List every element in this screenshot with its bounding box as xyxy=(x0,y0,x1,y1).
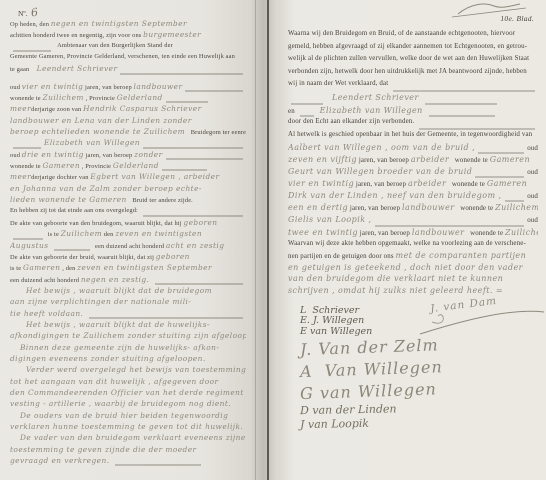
handwritten-text: Elizabeth van Willegen xyxy=(44,138,140,147)
printed-text: Ambtenaar van den Burgerlijken Stand der xyxy=(54,42,173,49)
left-page: Nº. 6 Op heden, den negen en twintigsten… xyxy=(0,0,252,480)
printed-text: Gemeente Gameren, Provincie Gelderland, … xyxy=(10,53,235,60)
document-line: Aalbert van Willegen , oom van de bruid … xyxy=(288,143,538,155)
handwritten-text: met de comparanten partijen xyxy=(396,251,527,260)
handwritten-text: Zuilichem xyxy=(505,228,538,237)
document-line: Waarvan wij deze akte hebben opgemaakt, … xyxy=(288,240,538,252)
handwritten-text: meer xyxy=(10,104,31,113)
handwritten-text: schrijven , omdat hij zulks niet geleerd… xyxy=(288,286,503,295)
handwritten-text: Zuilichem xyxy=(495,203,538,212)
handwritten-text: Augustus xyxy=(10,241,51,250)
marriage-act-scan: Nº. 6 Op heden, den negen en twintigsten… xyxy=(0,0,546,480)
handwritten-text: lieden wonende te Gameren xyxy=(10,195,132,204)
witnesses-paragraph: Al hetwelk is geschied openbaar in het h… xyxy=(288,131,538,240)
gutter-line-dark xyxy=(267,0,269,480)
document-line: Verder werd overgelegd het bewijs van to… xyxy=(10,365,246,376)
handwritten-text: Zuilichem xyxy=(43,93,84,102)
printed-text: is te xyxy=(10,265,23,272)
document-line: digingen eveneens zonder stuiting afgelo… xyxy=(10,354,246,365)
blank-rule xyxy=(13,147,41,148)
handwritten-text: beroep echtelieden wonende te Zuilichem xyxy=(10,127,191,136)
handwritten-text: afkondigingen te Zuilichem zonder stuiti… xyxy=(10,331,246,340)
handwritten-text: vesting - artillerie , waarbij de bruide… xyxy=(10,399,231,408)
signature-flourish-icon xyxy=(418,300,546,340)
printed-text: , Provincie xyxy=(80,163,113,170)
handwritten-text: twee en twintig xyxy=(288,228,358,237)
printed-text: gemeld, hebben afgevraagd of zij elkande… xyxy=(288,43,527,50)
handwritten-text: Verder werd overgelegd het bewijs van to… xyxy=(26,365,246,374)
handwritten-text: Gameren xyxy=(23,263,61,272)
blank-rule xyxy=(143,147,243,148)
document-line: achttien honderd twee en negentig, zijn … xyxy=(10,30,246,41)
handwritten-text: tie heeft voldaan. xyxy=(10,309,86,318)
document-line: lieden wonende te Gameren Bruid ter ande… xyxy=(10,195,246,206)
document-line: Augustus een duizend acht honderd acht e… xyxy=(10,241,246,252)
printed-text: welijk al de plichten zullen vervullen, … xyxy=(288,55,529,62)
handwritten-text: arbeider xyxy=(411,155,449,164)
handwritten-text: Egbert van Willegen , arbeider xyxy=(90,172,219,181)
printed-text: jaren, van beroep xyxy=(357,157,411,164)
printed-text: jaren, van beroep xyxy=(83,84,133,91)
document-line: is te Zuilichem den zeven en twintigsten xyxy=(10,229,246,240)
printed-text: oud xyxy=(527,169,538,176)
blank-rule xyxy=(393,90,535,91)
handwritten-text: van den bruidegom die verklaart niet te … xyxy=(288,274,503,283)
handwritten-text: Dirk van der Linden , neef van den bruid… xyxy=(288,191,502,200)
printed-text: , Provincie xyxy=(84,95,117,102)
document-line: te gaan Leendert Schriever xyxy=(10,64,246,75)
printed-text: Waarna wij den Bruidegom en Bruid, of de… xyxy=(288,30,515,37)
printed-text: Al hetwelk is geschied openbaar in het h… xyxy=(288,131,532,138)
blank-rule xyxy=(89,317,243,318)
handwritten-text: een en dertig xyxy=(288,203,348,212)
document-line: nen partijen en de getuigen door ons met… xyxy=(288,251,538,263)
blank-rule xyxy=(166,102,208,103)
printed-text: oud xyxy=(527,193,538,200)
blank-rule xyxy=(425,103,497,104)
blad-label: 10e. Blad. xyxy=(500,14,534,23)
handwritten-text: geboren xyxy=(156,252,190,261)
document-line: wonende te Gameren , Provincie Gelderlan… xyxy=(10,161,246,172)
document-line: en Johanna van de Zalm zonder beroep ech… xyxy=(10,184,246,195)
document-line: Het bewijs , waaruit blijkt dat de bruid… xyxy=(10,286,246,297)
printed-text: oud xyxy=(10,84,22,91)
act-number-row: Nº. 6 xyxy=(10,6,246,19)
handwritten-text: tot het aangaan van dit huwelijk , afgeg… xyxy=(10,377,219,386)
document-line: verbonden zijn, hetwelk door hen uitdruk… xyxy=(288,68,538,81)
document-line: afkondigingen te Zuilichem zonder stuiti… xyxy=(10,331,246,342)
document-line: den Commandeerenden Officier van het der… xyxy=(10,388,246,399)
blank-rule xyxy=(13,238,43,239)
printed-text: wonende te xyxy=(455,205,496,212)
handwritten-text: vier en twintig xyxy=(288,179,354,188)
handwritten-text: den Commandeerenden Officier van het der… xyxy=(10,388,244,397)
printed-text: door den Echt aan elkander zijn verbonde… xyxy=(288,118,416,125)
printed-text: verbonden zijn, hetwelk door hen uitdruk… xyxy=(288,68,527,75)
handwritten-text: arbeider xyxy=(408,179,446,188)
document-line: Waarna wij den Bruidegom en Bruid, of de… xyxy=(288,30,538,43)
handwritten-text: drie en twintig xyxy=(22,150,84,159)
blank-rule xyxy=(162,170,207,171)
handwritten-text: zeven en twintigsten September xyxy=(77,263,212,272)
printed-text: wonende te xyxy=(449,157,490,164)
printed-text: Op heden, den xyxy=(10,21,51,28)
handwritten-text: Elizabeth van Willegen xyxy=(317,106,426,115)
handwritten-text: geboren xyxy=(183,218,217,227)
printed-text: derjarige zoon van xyxy=(31,106,83,113)
handwritten-text: gevraagd en verkregen. xyxy=(10,456,112,465)
document-line: aan zijne verplichtingen der nationale m… xyxy=(10,297,246,308)
document-line: Al hetwelk is geschied openbaar in het h… xyxy=(288,131,538,143)
handwritten-text: Zuilichem xyxy=(61,229,102,238)
printed-text: nen partijen en de getuigen door ons xyxy=(288,253,396,260)
document-line: twee en twintig jaren, van beroep landbo… xyxy=(288,228,538,240)
handwritten-text: Gelderland xyxy=(113,161,159,170)
blank-rule xyxy=(13,51,51,52)
printed-text: De akte van geboorte van den bruidegom, … xyxy=(10,220,183,227)
handwritten-text: negen en zestig. xyxy=(81,275,152,284)
document-line: en getuigen is geteekend , doch niet doo… xyxy=(288,263,538,275)
handwritten-text: vier en twintig xyxy=(22,82,84,91)
handwritten-text: landbouwer xyxy=(412,228,465,237)
handwritten-text: Leendert Schriever xyxy=(31,64,117,73)
printed-text: te gaan xyxy=(10,66,31,73)
document-line: tot het aangaan van dit huwelijk , afgeg… xyxy=(10,377,246,388)
handwritten-text: toestemming te geven zijnde die der moed… xyxy=(10,445,197,454)
handwritten-text: Binnen deze gemeente zijn de huwelijks- … xyxy=(20,343,219,352)
printed-text: wij in naam der Wet verklaard, dat xyxy=(288,80,390,87)
document-line: is te Gameren , den zeven en twintigsten… xyxy=(10,263,246,274)
document-line: Dirk van der Linden , neef van den bruid… xyxy=(288,191,538,203)
handwritten-text: acht en zestig xyxy=(166,241,225,250)
blank-rule xyxy=(291,103,323,104)
handwritten-text: burgemeester xyxy=(143,30,201,39)
printed-text: Bruid ter andere zijde. xyxy=(132,197,193,204)
printed-text: wonende te xyxy=(464,230,505,237)
printed-text: is te xyxy=(46,231,61,238)
document-line: meerderjarige zoon van Hendrik Casparus … xyxy=(10,104,246,115)
document-line: wonende te Zuilichem , Provincie Gelderl… xyxy=(10,93,246,104)
handwritten-text: meer xyxy=(10,172,31,181)
handwritten-text: en Johanna van de Zalm zonder beroep ech… xyxy=(10,184,202,193)
document-line: welijk al de plichten zullen vervullen, … xyxy=(288,55,538,68)
document-line: De akte van geboorte der bruid, waaruit … xyxy=(10,252,246,263)
blank-rule xyxy=(185,91,243,92)
handwritten-text: zeven en vijftig xyxy=(288,155,357,164)
handwritten-text: zeven en twintigsten xyxy=(115,229,202,238)
printed-text: En hebben zij tot dat einde aan ons over… xyxy=(10,207,140,214)
document-line: De akte van geboorte van den bruidegom, … xyxy=(10,218,246,229)
handwritten-text: digingen eveneens zonder stuiting afgelo… xyxy=(10,354,206,363)
handwritten-text: landbouwer en Lena van der Linden zonder xyxy=(10,116,192,125)
document-line: verklaren hunne toestemming te geven tot… xyxy=(10,422,246,433)
printed-text: wonende te xyxy=(446,181,487,188)
document-line: Geurt van Willegen broeder van de bruido… xyxy=(288,167,538,179)
handwritten-text: Het bewijs , waaruit blijkt dat de huwel… xyxy=(26,320,210,329)
handwritten-text: Hendrik Casparus Schriever xyxy=(83,104,201,113)
blank-rule xyxy=(375,225,525,226)
printed-text: een duizend acht honderd xyxy=(10,277,81,284)
printed-text: jaren, van beroep xyxy=(354,181,408,188)
document-line: een en dertig jaren, van beroep landbouw… xyxy=(288,203,538,215)
blank-rule xyxy=(54,249,90,250)
printed-text: jaren, van beroep xyxy=(348,205,402,212)
printed-text: jaren, van beroep xyxy=(358,230,412,237)
document-line: vesting - artillerie , waarbij de bruide… xyxy=(10,399,246,410)
printed-text: oud xyxy=(10,152,22,159)
document-line: door den Echt aan elkander zijn verbonde… xyxy=(288,118,538,131)
gutter-line-faint xyxy=(255,0,256,480)
document-line: Ambtenaar van den Burgerlijken Stand der xyxy=(10,42,246,53)
left-page-text: Op heden, den negen en twintigsten Septe… xyxy=(10,19,246,467)
document-line: gemeld, hebben afgevraagd of zij elkande… xyxy=(288,43,538,56)
handwritten-text: Leendert Schriever xyxy=(326,93,422,102)
document-line: beroep echtelieden wonende te Zuilichem … xyxy=(10,127,246,138)
blank-rule xyxy=(115,465,201,466)
document-line: van den bruidegom die verklaart niet te … xyxy=(288,274,538,286)
printed-text: Waarvan wij deze akte hebben opgemaakt, … xyxy=(288,240,526,247)
handwritten-text: landbouwer xyxy=(134,82,183,91)
handwritten-text: zonder xyxy=(134,150,162,159)
document-line: En hebben zij tot dat einde aan ons over… xyxy=(10,207,246,218)
document-line: De vader van den bruidegom verklaart eve… xyxy=(10,433,246,444)
handwritten-text: Geurt van Willegen broeder van de bruid xyxy=(288,167,472,176)
blank-rule xyxy=(143,215,243,216)
handwritten-text: Gielis van Loopik , xyxy=(288,215,372,224)
blank-rule xyxy=(475,177,524,178)
document-line: en Elizabeth van Willegen xyxy=(288,106,538,119)
document-line: Op heden, den negen en twintigsten Septe… xyxy=(10,19,246,30)
blank-rule xyxy=(300,116,314,117)
handwritten-text: Gelderland xyxy=(117,93,163,102)
printed-text: achttien honderd twee en negentig, zijn … xyxy=(10,32,143,39)
handwritten-text: Gameren xyxy=(487,179,527,188)
page-corner: 10e. Blad. xyxy=(440,2,536,28)
printed-text: De akte van geboorte der bruid, waaruit … xyxy=(10,254,156,261)
document-line: tie heeft voldaan. xyxy=(10,309,246,320)
document-line: Leendert Schriever xyxy=(288,93,538,106)
blank-rule xyxy=(419,128,535,129)
document-line: Elizabeth van Willegen xyxy=(10,138,246,149)
printed-text: oud xyxy=(527,217,538,224)
handwritten-text: negen en twintigsten September xyxy=(51,19,187,28)
document-line: zeven en vijftig jaren, van beroep arbei… xyxy=(288,155,538,167)
document-line: Binnen deze gemeente zijn de huwelijks- … xyxy=(10,343,246,354)
document-line: een duizend acht honderd negen en zestig… xyxy=(10,275,246,286)
printed-text: derjarige dochter van xyxy=(31,174,90,181)
printed-text: wonende te xyxy=(10,95,43,102)
act-number-label: Nº. xyxy=(18,9,28,18)
blank-rule xyxy=(166,159,243,160)
printed-text: een duizend acht honderd xyxy=(93,243,166,250)
handwritten-text: Aalbert van Willegen , oom van de bruid … xyxy=(288,143,475,152)
handwritten-text: en getuigen is geteekend , doch niet doo… xyxy=(288,263,523,272)
document-line: wij in naam der Wet verklaard, dat xyxy=(288,80,538,93)
blank-rule xyxy=(429,116,495,117)
blank-rule xyxy=(505,201,525,202)
handwritten-text: De ouders van de bruid hier beiden tegen… xyxy=(20,411,228,420)
document-line: oud drie en twintig jaren, van beroep zo… xyxy=(10,150,246,161)
document-line: oud vier en twintig jaren, van beroep la… xyxy=(10,82,246,93)
handwritten-text: landbouwer xyxy=(402,203,455,212)
document-line: toestemming te geven zijnde die der moed… xyxy=(10,445,246,456)
act-number-value: 6 xyxy=(30,6,39,20)
document-line: De ouders van de bruid hier beiden tegen… xyxy=(10,411,246,422)
document-line: meerderjarige dochter van Egbert van Wil… xyxy=(10,172,246,183)
blank-rule xyxy=(478,152,524,153)
printed-text: Bruidegom ter eenre zijde, en xyxy=(191,129,246,136)
document-line: gevraagd en verkregen. xyxy=(10,456,246,467)
handwritten-text: Gameren xyxy=(43,161,81,170)
document-line: Gielis van Loopik ,oud xyxy=(288,215,538,227)
printed-text: en xyxy=(288,108,297,115)
printed-text: , den xyxy=(61,265,78,272)
blank-rule xyxy=(155,283,243,284)
closing-paragraph: Waarvan wij deze akte hebben opgemaakt, … xyxy=(288,240,538,298)
handwritten-text: Gameren xyxy=(490,155,530,164)
handwritten-text: Het bewijs , waaruit blijkt dat de bruid… xyxy=(26,286,212,295)
document-line: vier en twintig jaren, van beroep arbeid… xyxy=(288,179,538,191)
handwritten-text: De vader van den bruidegom verklaart eve… xyxy=(20,433,246,442)
printed-text: den xyxy=(102,231,115,238)
handwritten-text: aan zijne verplichtingen der nationale m… xyxy=(10,297,191,306)
printed-text: wonende te xyxy=(10,163,43,170)
printed-text: jaren, van beroep xyxy=(84,152,134,159)
blank-rule xyxy=(120,73,243,74)
handwritten-text: verklaren hunne toestemming te geven tot… xyxy=(10,422,243,431)
document-line: Het bewijs , waaruit blijkt dat de huwel… xyxy=(10,320,246,331)
document-line: landbouwer en Lena van der Linden zonder xyxy=(10,116,246,127)
document-line: Gemeente Gameren, Provincie Gelderland, … xyxy=(10,53,246,64)
printed-text: oud xyxy=(527,145,538,152)
right-page: 10e. Blad. Waarna wij den Bruidegom en B… xyxy=(278,0,546,480)
